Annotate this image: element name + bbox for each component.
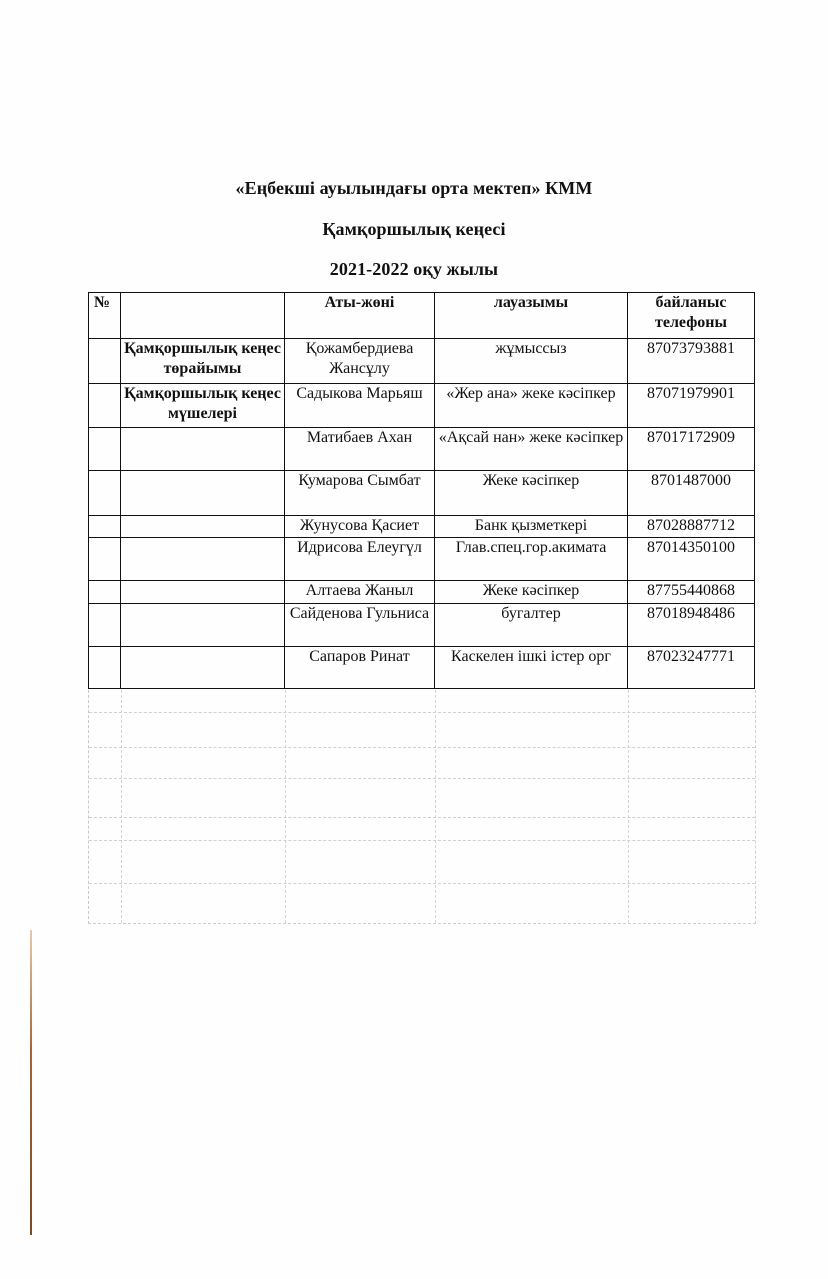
- member-phone: 87014350100: [628, 538, 755, 581]
- row-number: [89, 428, 121, 471]
- member-phone: 87071979901: [628, 384, 755, 428]
- member-role: Қамқоршылық кеңес төрайымы: [121, 339, 285, 384]
- member-phone: 87023247771: [628, 647, 755, 689]
- member-name: Алтаева Жаныл: [285, 581, 435, 604]
- table-row: Сайденова Гульнисабугалтер87018948486: [89, 604, 755, 647]
- row-number: [89, 538, 121, 581]
- school-title: «Еңбекші ауылындағы орта мектеп» КММ: [0, 177, 828, 199]
- member-name: Жунусова Қасиет: [285, 516, 435, 538]
- scan-edge-line: [30, 930, 32, 1235]
- member-position: Каскелен ішкі істер орг: [435, 647, 628, 689]
- member-name: Кумарова Сымбат: [285, 471, 435, 516]
- row-number: [89, 581, 121, 604]
- header-name: Аты-жөні: [285, 293, 435, 339]
- row-number: [89, 516, 121, 538]
- table-row: Матибаев Ахан«Ақсай нан» жеке кәсіпкер87…: [89, 428, 755, 471]
- table-row: Идрисова ЕлеугүлГлав.спец.гор.акимата870…: [89, 538, 755, 581]
- member-name: Матибаев Ахан: [285, 428, 435, 471]
- row-number: [89, 339, 121, 384]
- council-members-table: № Аты-жөні лауазымы байланыс телефоны Қа…: [88, 292, 755, 689]
- member-position: Жеке кәсіпкер: [435, 471, 628, 516]
- member-role: Қамқоршылық кеңес мүшелері: [121, 384, 285, 428]
- scanned-page: «Еңбекші ауылындағы орта мектеп» КММ Қам…: [0, 0, 828, 1279]
- table-row: Қамқоршылық кеңес төрайымыҚожамбердиева …: [89, 339, 755, 384]
- header-phone: байланыс телефоны: [628, 293, 755, 339]
- member-phone: 87017172909: [628, 428, 755, 471]
- member-role: [121, 581, 285, 604]
- member-role: [121, 471, 285, 516]
- header-number: №: [89, 293, 121, 339]
- member-phone: 87073793881: [628, 339, 755, 384]
- table-row: Алтаева ЖанылЖеке кәсіпкер87755440868: [89, 581, 755, 604]
- member-phone: 8701487000: [628, 471, 755, 516]
- member-phone: 87028887712: [628, 516, 755, 538]
- member-role: [121, 516, 285, 538]
- table-header-row: № Аты-жөні лауазымы байланыс телефоны: [89, 293, 755, 339]
- member-name: Сапаров Ринат: [285, 647, 435, 689]
- member-role: [121, 647, 285, 689]
- academic-year: 2021-2022 оқу жылы: [0, 258, 828, 280]
- member-position: Банк қызметкері: [435, 516, 628, 538]
- row-number: [89, 604, 121, 647]
- member-position: Жеке кәсіпкер: [435, 581, 628, 604]
- member-position: «Жер ана» жеке кәсіпкер: [435, 384, 628, 428]
- member-position: «Ақсай нан» жеке кәсіпкер: [435, 428, 628, 471]
- table-row: Жунусова ҚасиетБанк қызметкері8702888771…: [89, 516, 755, 538]
- faded-bleedthrough-table: [88, 690, 756, 924]
- table-row: Сапаров РинатКаскелен ішкі істер орг8702…: [89, 647, 755, 689]
- table-row: Кумарова СымбатЖеке кәсіпкер8701487000: [89, 471, 755, 516]
- member-name: Сайденова Гульниса: [285, 604, 435, 647]
- header-position: лауазымы: [435, 293, 628, 339]
- member-name: Қожамбердиева Жансұлу: [285, 339, 435, 384]
- council-title: Қамқоршылық кеңесі: [0, 218, 828, 240]
- member-position: бугалтер: [435, 604, 628, 647]
- member-name: Садыкова Марьяш: [285, 384, 435, 428]
- member-position: Глав.спец.гор.акимата: [435, 538, 628, 581]
- row-number: [89, 384, 121, 428]
- member-name: Идрисова Елеугүл: [285, 538, 435, 581]
- member-role: [121, 538, 285, 581]
- member-role: [121, 428, 285, 471]
- row-number: [89, 471, 121, 516]
- member-phone: 87755440868: [628, 581, 755, 604]
- member-position: жұмыссыз: [435, 339, 628, 384]
- member-role: [121, 604, 285, 647]
- row-number: [89, 647, 121, 689]
- header-role: [121, 293, 285, 339]
- table-row: Қамқоршылық кеңес мүшелеріСадыкова Марья…: [89, 384, 755, 428]
- member-phone: 87018948486: [628, 604, 755, 647]
